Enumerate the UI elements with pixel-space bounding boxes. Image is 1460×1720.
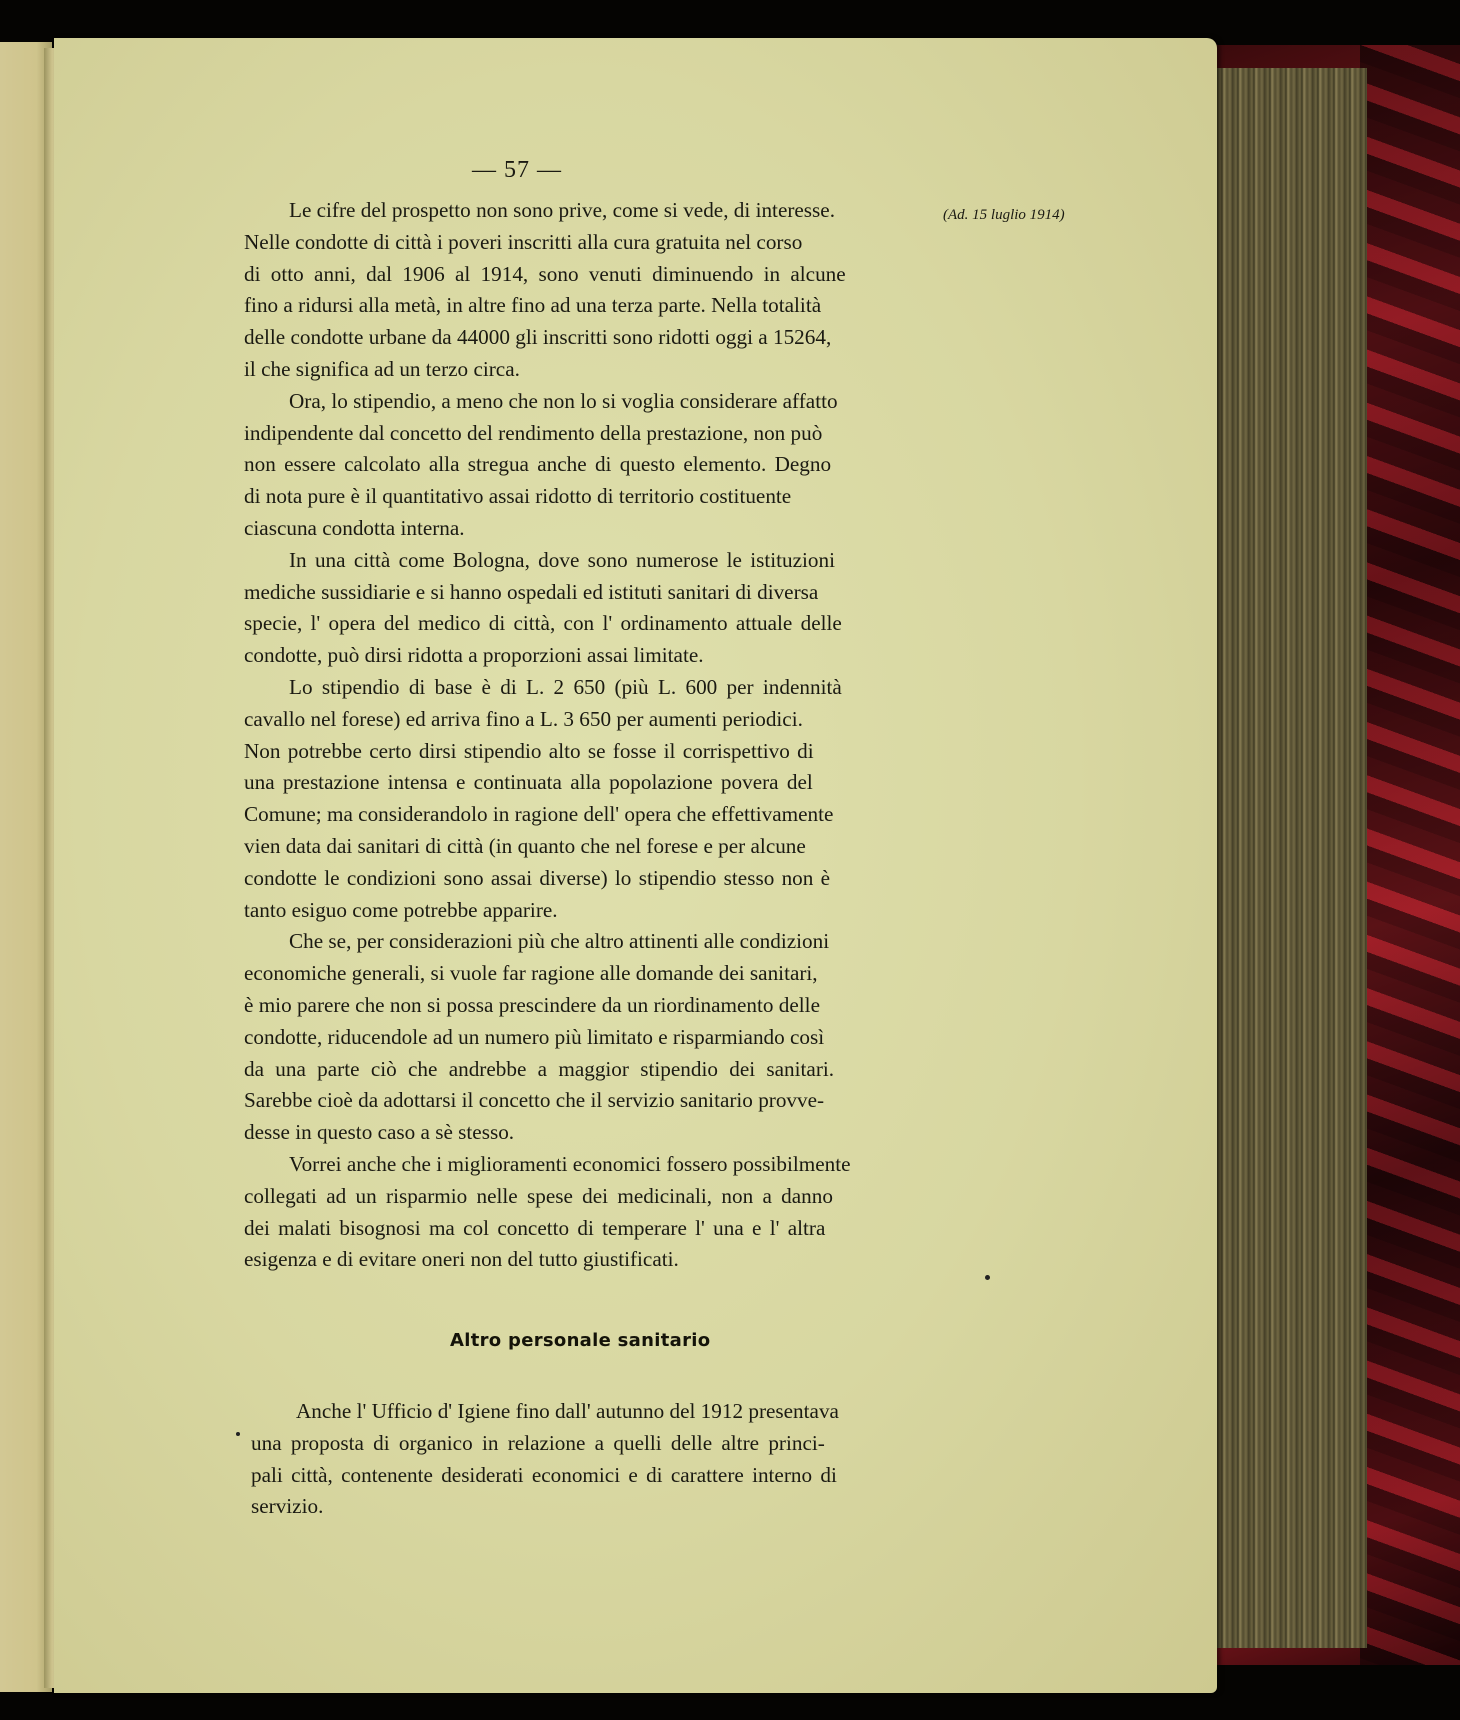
text-line: Lo stipendio di base è di L. 2 650 (più …: [289, 672, 842, 704]
text-line: Ora, lo stipendio, a meno che non lo si …: [289, 386, 838, 418]
text-line: Che se, per considerazioni più che altro…: [289, 926, 829, 958]
ink-speck: [985, 1275, 990, 1280]
text-line: condotte le condizioni sono assai divers…: [244, 863, 830, 895]
text-line: tanto esiguo come potrebbe apparire.: [244, 895, 558, 927]
text-line: pali città, contenente desiderati econom…: [251, 1460, 837, 1492]
text-line: fino a ridursi alla metà, in altre fino …: [244, 290, 821, 322]
text-line: di nota pure è il quantitativo assai rid…: [244, 481, 791, 513]
text-line: collegati ad un risparmio nelle spese de…: [244, 1181, 833, 1213]
text-line: indipendente dal concetto del rendimento…: [244, 418, 822, 450]
text-line: delle condotte urbane da 44000 gli inscr…: [244, 322, 831, 354]
text-line: Non potrebbe certo dirsi stipendio alto …: [244, 736, 814, 768]
text-line: il che significa ad un terzo circa.: [244, 354, 520, 386]
text-line: Comune; ma considerandolo in ragione del…: [244, 799, 833, 831]
text-line: da una parte ciò che andrebbe a maggior …: [244, 1054, 834, 1086]
text-line: vien data dai sanitari di città (in quan…: [244, 831, 806, 863]
text-line: esigenza e di evitare oneri non del tutt…: [244, 1244, 679, 1276]
text-line: è mio parere che non si possa prescinder…: [244, 990, 820, 1022]
text-line: dei malati bisognosi ma col concetto di …: [244, 1213, 825, 1245]
text-line: di otto anni, dal 1906 al 1914, sono ven…: [244, 259, 846, 291]
text-line: mediche sussidiarie e si hanno ospedali …: [244, 577, 818, 609]
page-stack-edge: [1217, 68, 1367, 1648]
text-line: Nelle condotte di città i poveri inscrit…: [244, 227, 802, 259]
text-line: una proposta di organico in relazione a …: [251, 1428, 825, 1460]
text-line: ciascuna condotta interna.: [244, 513, 465, 545]
book-cover-texture: [1360, 45, 1460, 1665]
ink-speck: [236, 1432, 240, 1436]
text-line: Anche l' Ufficio d' Igiene fino dall' au…: [296, 1396, 839, 1428]
text-line: Sarebbe cioè da adottarsi il concetto ch…: [244, 1085, 824, 1117]
text-line: cavallo nel forese) ed arriva fino a L. …: [244, 704, 803, 736]
text-line: servizio.: [251, 1491, 323, 1523]
text-line: desse in questo caso a sè stesso.: [244, 1117, 514, 1149]
text-line: una prestazione intensa e continuata all…: [244, 767, 813, 799]
section-heading: Altro personale sanitario: [450, 1330, 710, 1351]
text-line: condotte, può dirsi ridotta a proporzion…: [244, 640, 704, 672]
text-line: condotte, riducendole ad un numero più l…: [244, 1022, 824, 1054]
text-line: economiche generali, si vuole far ragion…: [244, 958, 818, 990]
text-line: In una città come Bologna, dove sono num…: [289, 545, 835, 577]
text-line: Vorrei anche che i miglioramenti economi…: [289, 1149, 851, 1181]
page-number: — 57 —: [472, 157, 562, 184]
margin-date-note: (Ad. 15 luglio 1914): [943, 207, 1065, 224]
text-line: non essere calcolato alla stregua anche …: [244, 449, 831, 481]
text-line: Le cifre del prospetto non sono prive, c…: [289, 195, 835, 227]
text-line: specie, l' opera del medico di città, co…: [244, 608, 842, 640]
